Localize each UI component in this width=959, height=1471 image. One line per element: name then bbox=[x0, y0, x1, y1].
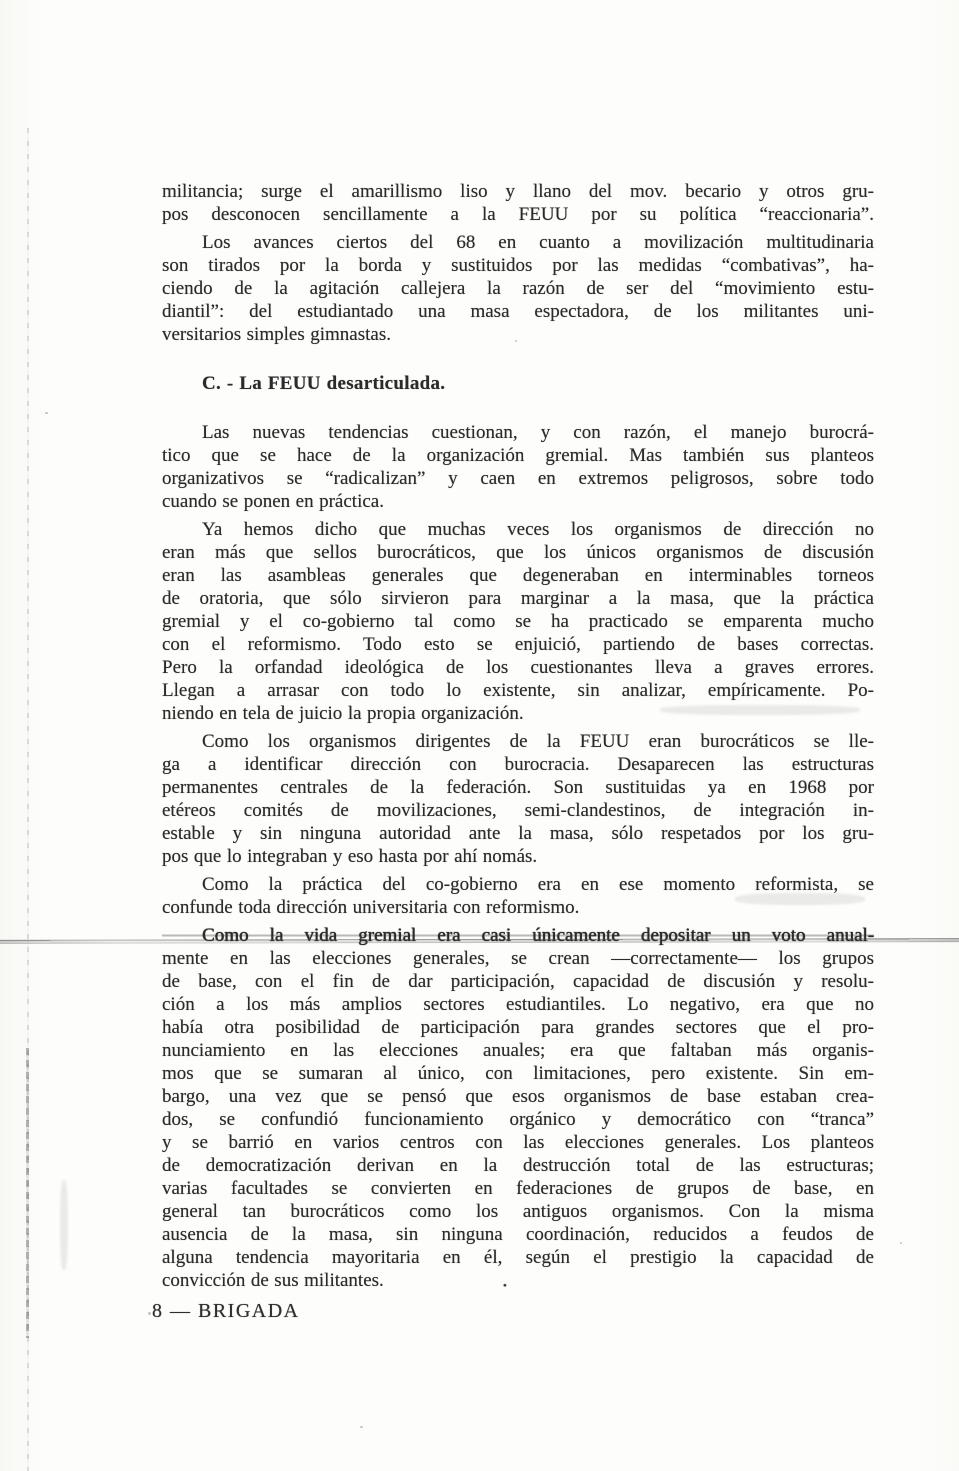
scan-speck bbox=[900, 1242, 902, 1244]
text-line: con el reformismo. Todo esto se enjuició… bbox=[162, 633, 874, 656]
text-line: Las nuevas tendencias cuestionan, y con … bbox=[162, 421, 874, 444]
section-separator-dot: • bbox=[503, 1280, 507, 1292]
text-line: mos que se sumaran al único, con limitac… bbox=[162, 1062, 874, 1085]
text-line: versitarios simples gimnastas. bbox=[162, 323, 874, 346]
text-line: pos desconocen sencillamente a la FEUU p… bbox=[162, 203, 874, 226]
text-line: de democratización derivan en la destruc… bbox=[162, 1154, 874, 1177]
scanned-document-page: militancia; surge el amarillismo liso y … bbox=[0, 0, 959, 1471]
text-line: organizativos se “radicalizan” y caen en… bbox=[162, 467, 874, 490]
scan-speck bbox=[148, 1312, 151, 1315]
page-footer: 8 — BRIGADA bbox=[152, 1300, 300, 1323]
text-line: gremial y el co-gobierno tal como se ha … bbox=[162, 610, 874, 633]
text-line: nunciamiento en las elecciones anuales; … bbox=[162, 1039, 874, 1062]
text-line: Llegan a arrasar con todo lo existente, … bbox=[162, 679, 874, 702]
text-line: dos, se confundió funcionamiento orgánic… bbox=[162, 1108, 874, 1131]
text-line: eran las asambleas generales que degener… bbox=[162, 564, 874, 587]
text-line: permanentes centrales de la federación. … bbox=[162, 776, 874, 799]
paragraph: Ya hemos dicho que muchas veces los orga… bbox=[162, 518, 874, 725]
paragraph: militancia; surge el amarillismo liso y … bbox=[162, 180, 874, 226]
text-line: Los avances ciertos del 68 en cuanto a m… bbox=[162, 231, 874, 254]
text-line: ga a identificar dirección con burocraci… bbox=[162, 753, 874, 776]
text-line: varias facultades se convierten en feder… bbox=[162, 1177, 874, 1200]
text-line: ausencia de la masa, sin ninguna coordin… bbox=[162, 1223, 874, 1246]
text-line: bargo, una vez que se pensó que esos org… bbox=[162, 1085, 874, 1108]
text-line: Como la vida gremial era casi únicamente… bbox=[162, 924, 874, 947]
fold-crease-vertical-dark-segment bbox=[26, 1048, 29, 1338]
paragraph: Los avances ciertos del 68 en cuanto a m… bbox=[162, 231, 874, 346]
text-line: había otra posibilidad de participación … bbox=[162, 1016, 874, 1039]
paragraph: Como los organismos dirigentes de la FEU… bbox=[162, 730, 874, 868]
page-text-block: militancia; surge el amarillismo liso y … bbox=[162, 180, 874, 1297]
text-line: alguna tendencia mayoritaria en él, segú… bbox=[162, 1246, 874, 1269]
text-line: pos que lo integraban y eso hasta por ah… bbox=[162, 845, 874, 868]
scan-smudge bbox=[735, 893, 865, 905]
text-line: Ya hemos dicho que muchas veces los orga… bbox=[162, 518, 874, 541]
scan-speck bbox=[45, 412, 48, 414]
text-line: ciendo de la agitación callejera la razó… bbox=[162, 277, 874, 300]
text-line: Como los organismos dirigentes de la FEU… bbox=[162, 730, 874, 753]
text-line: diantil”: del estudiantado una masa espe… bbox=[162, 300, 874, 323]
scan-speck bbox=[330, 648, 332, 650]
scan-speck bbox=[515, 340, 517, 342]
text-line: militancia; surge el amarillismo liso y … bbox=[162, 180, 874, 203]
paragraph: Las nuevas tendencias cuestionan, y con … bbox=[162, 421, 874, 513]
paragraph: Como la vida gremial era casi únicamente… bbox=[162, 924, 874, 1292]
text-line: tico que se hace de la organización grem… bbox=[162, 444, 874, 467]
text-line: general tan burocráticos como los antigu… bbox=[162, 1200, 874, 1223]
text-line: eran más que sellos burocráticos, que lo… bbox=[162, 541, 874, 564]
text-line: y se barrió en varios centros con las el… bbox=[162, 1131, 874, 1154]
text-line: convicción de sus militantes. bbox=[162, 1269, 874, 1292]
text-line: de base, con el fin de dar participación… bbox=[162, 970, 874, 993]
text-line: son tirados por la borda y sustituidos p… bbox=[162, 254, 874, 277]
section-heading: C. - La FEUU desarticulada. bbox=[202, 372, 874, 395]
text-line: etéreos comités de movilizaciones, semi-… bbox=[162, 799, 874, 822]
text-line: mente en las elecciones generales, se cr… bbox=[162, 947, 874, 970]
scan-smudge bbox=[660, 705, 860, 715]
text-line: cuando se ponen en práctica. bbox=[162, 490, 874, 513]
text-line: de oratoria, que sólo sirvieron para mar… bbox=[162, 587, 874, 610]
scan-smudge bbox=[60, 1180, 68, 1270]
scan-speck bbox=[360, 1426, 363, 1428]
text-line: ción a los más amplios sectores estudian… bbox=[162, 993, 874, 1016]
text-line: estable y sin ninguna autoridad ante la … bbox=[162, 822, 874, 845]
text-line: Pero la orfandad ideológica de los cuest… bbox=[162, 656, 874, 679]
